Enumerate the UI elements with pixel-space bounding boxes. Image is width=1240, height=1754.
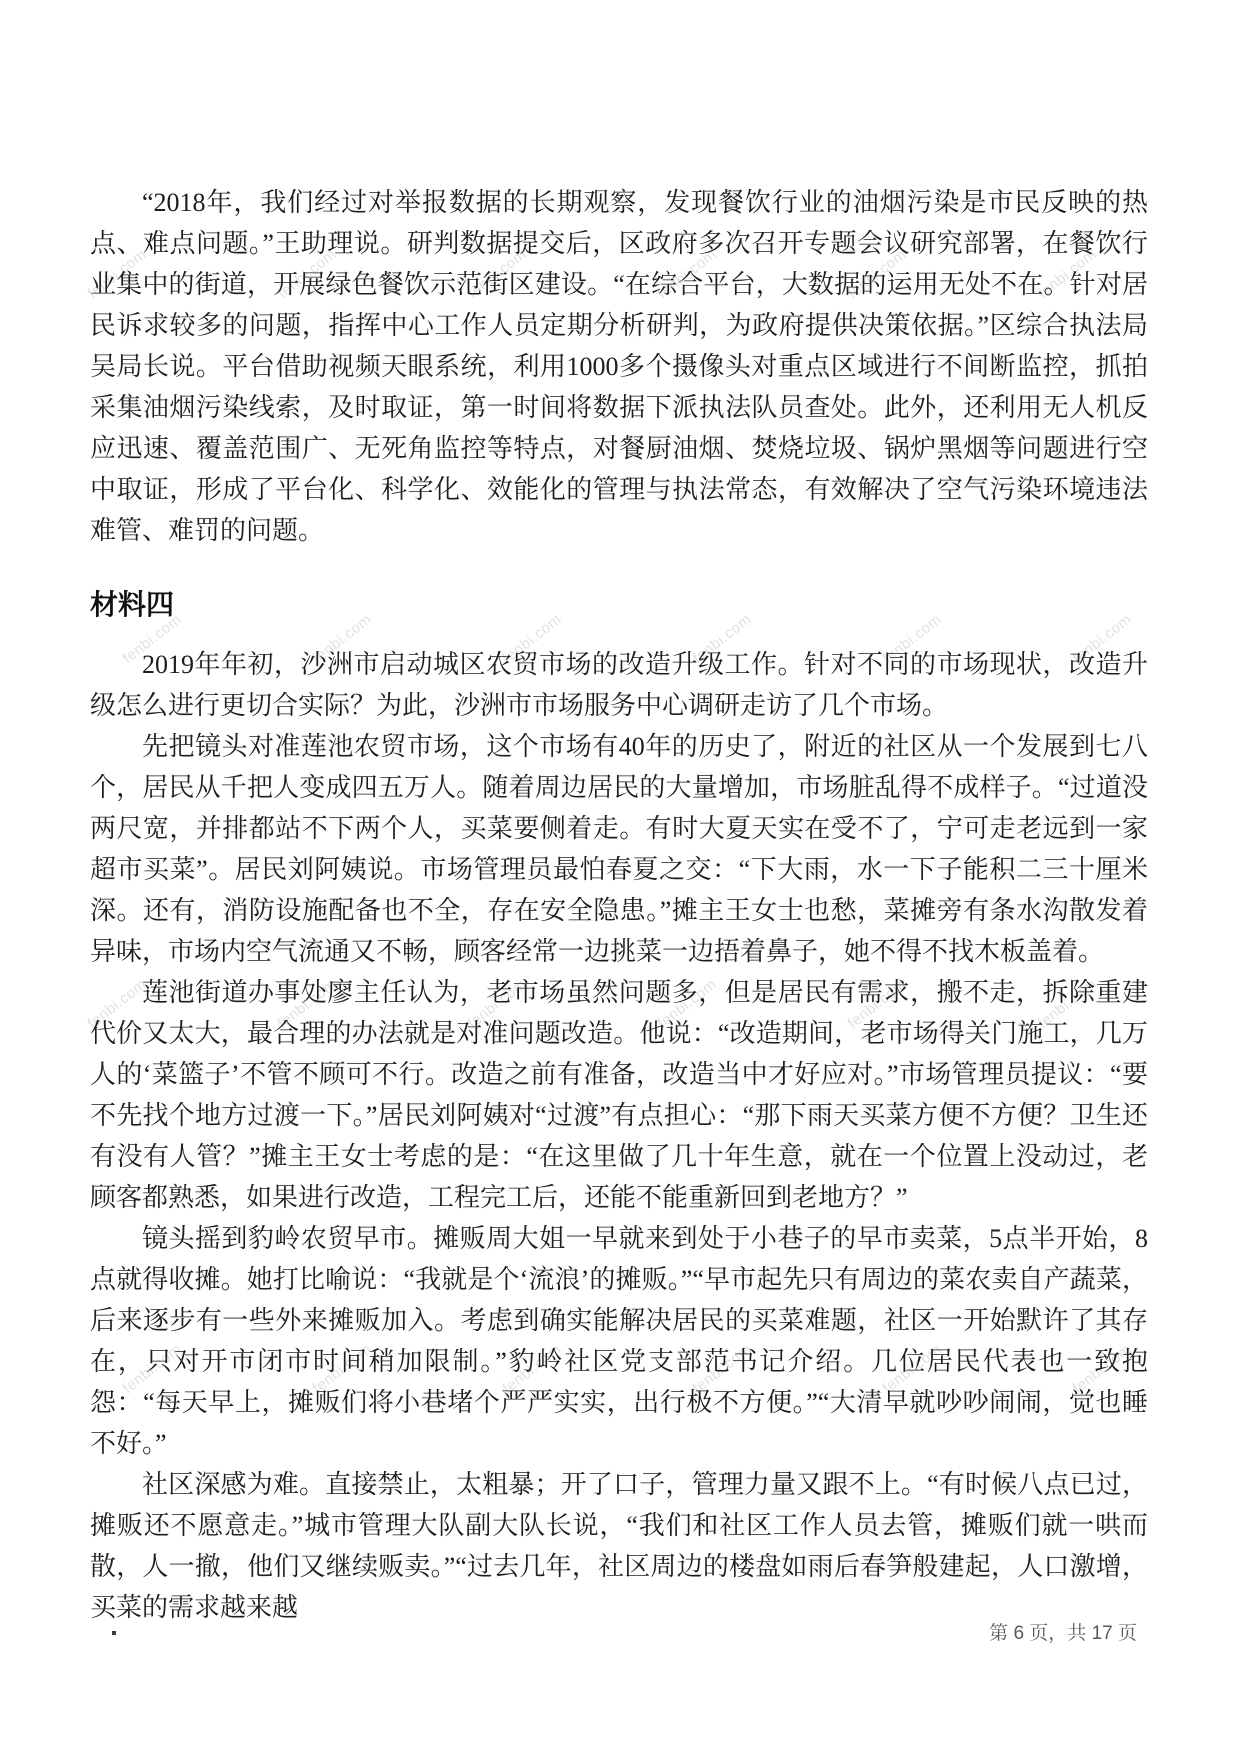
paragraph-market-survey: 2019年年初，沙洲市启动城区农贸市场的改造升级工作。针对不同的市场现状，改造升… <box>90 644 1148 726</box>
document-content: “2018年，我们经过对举报数据的长期观察，发现餐饮行业的油烟污染是市民反映的热… <box>90 182 1148 1628</box>
paragraph-community-dilemma: 社区深感为难。直接禁止，太粗暴；开了口子，管理力量又跟不上。“有时候八点已过，摊… <box>90 1464 1148 1628</box>
material-4-heading: 材料四 <box>90 588 1148 624</box>
document-page: fenbi.comfenbi.comfenbi.comfenbi.comfenb… <box>0 0 1240 1754</box>
paragraph-lianchi-problems: 先把镜头对准莲池农贸市场，这个市场有40年的历史了，附近的社区从一个发展到七八个… <box>90 726 1148 972</box>
paragraph-material3-continuation: “2018年，我们经过对举报数据的长期观察，发现餐饮行业的油烟污染是市民反映的热… <box>90 182 1148 551</box>
footer-page-number: 第 6 页，共 17 页 <box>989 1622 1137 1646</box>
paragraph-baoling-market: 镜头摇到豹岭农贸早市。摊贩周大姐一早就来到处于小巷子的早市卖菜，5点半开始，8点… <box>90 1218 1148 1464</box>
footer-marker-dot <box>112 1631 116 1635</box>
paragraph-lianchi-renovation: 莲池街道办事处廖主任认为，老市场虽然问题多，但是居民有需求，搬不走，拆除重建代价… <box>90 972 1148 1218</box>
